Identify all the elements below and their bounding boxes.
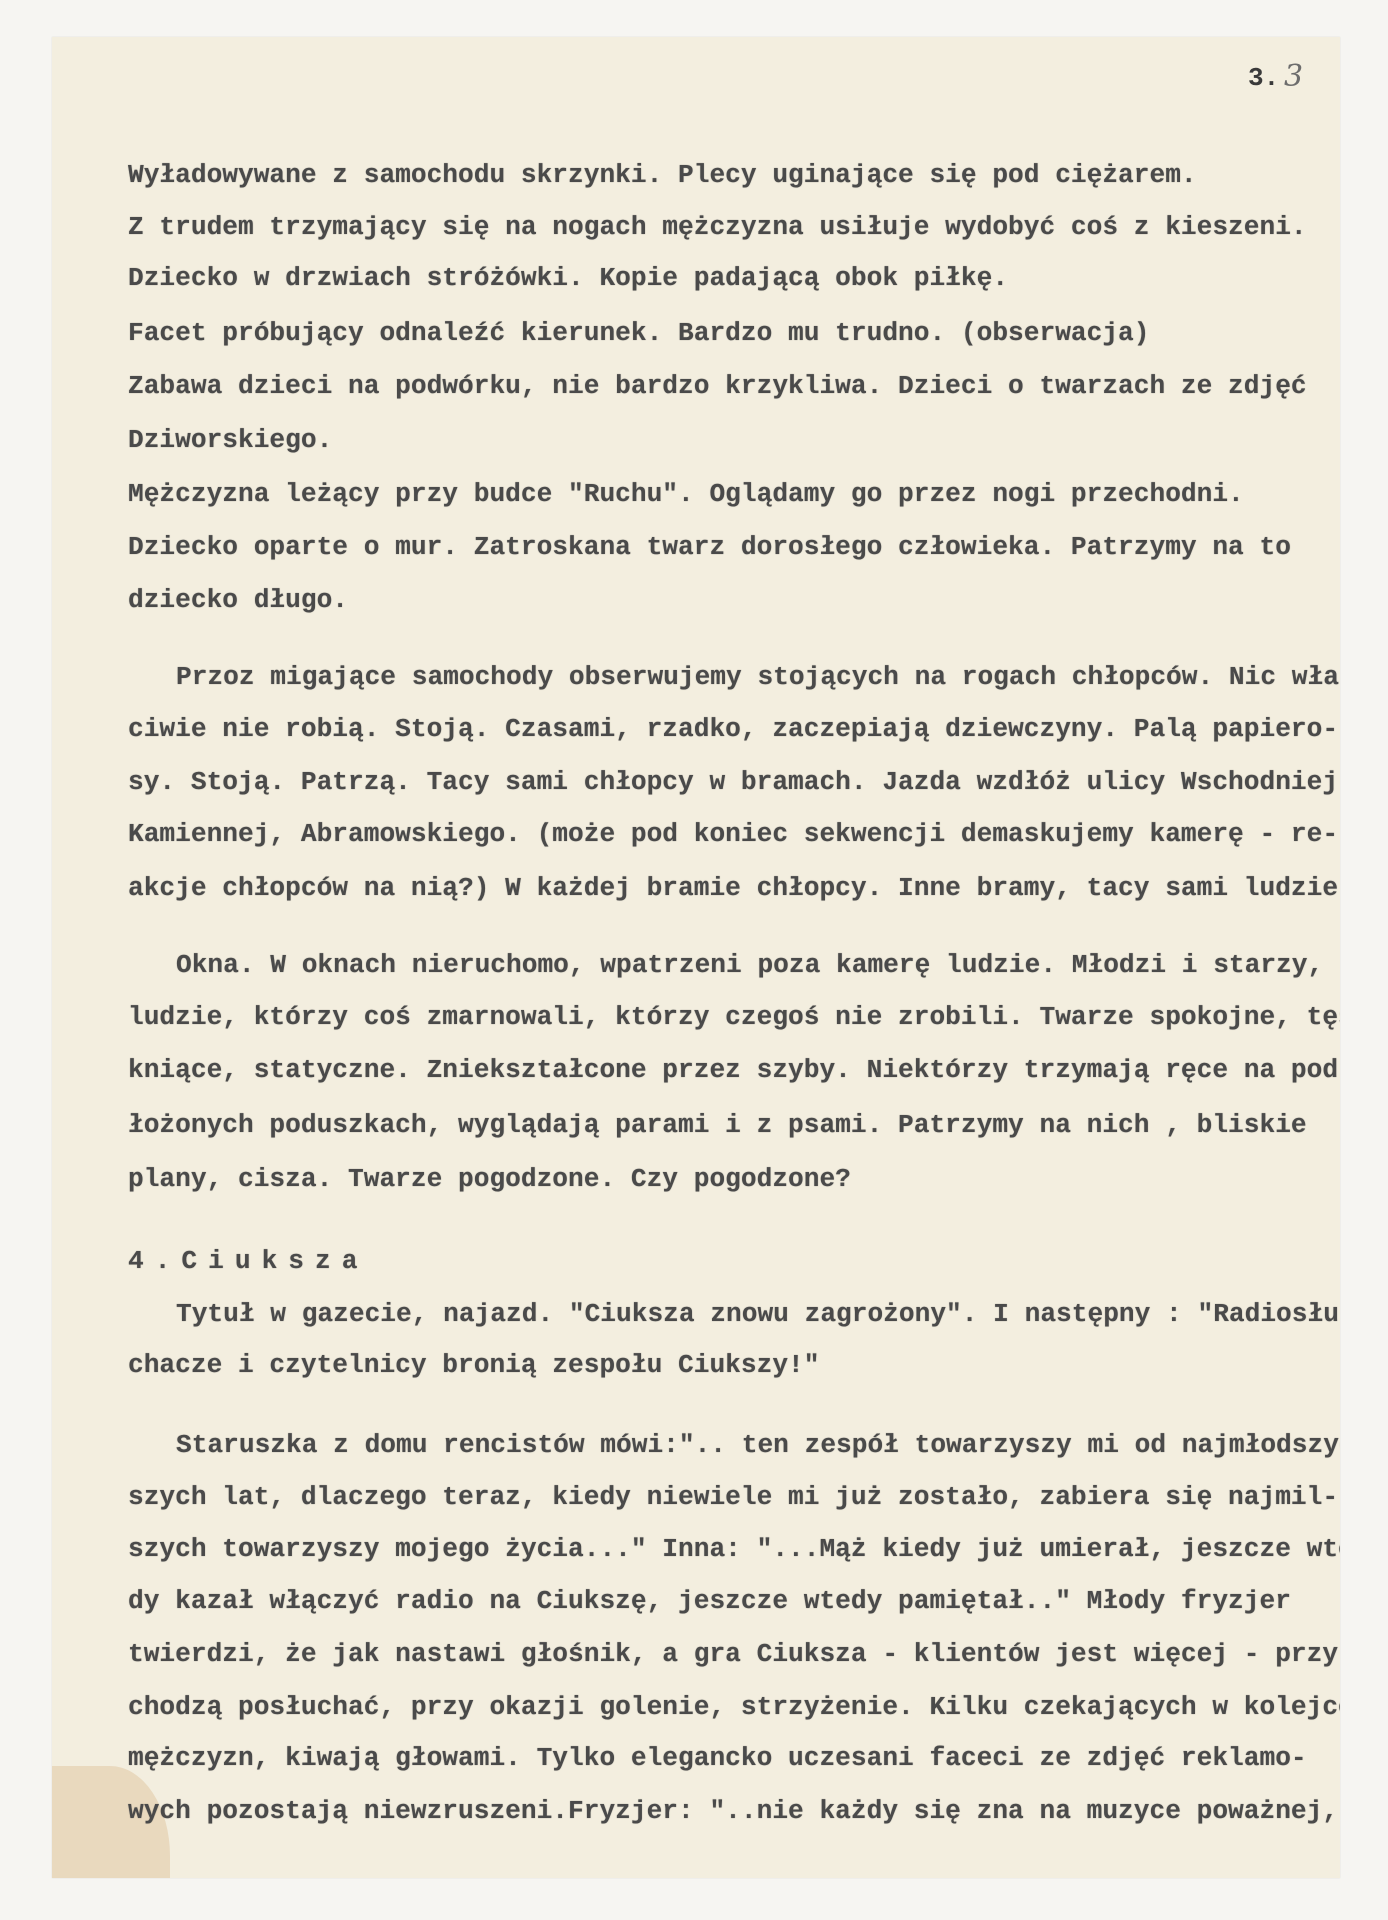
text-line: Dziecko oparte o mur. Zatroskana twarz d…: [128, 532, 1291, 562]
text-line: Dziworskiego.: [128, 425, 332, 455]
page-number: 3.: [1248, 63, 1279, 93]
text-line: ciwie nie robią. Stoją. Czasami, rzadko,…: [128, 714, 1338, 744]
text-line: Kamiennej, Abramowskiego. (może pod koni…: [128, 819, 1338, 849]
text-line: kniące, statyczne. Zniekształcone przez …: [128, 1055, 1340, 1085]
handwritten-page-number: 3: [1284, 59, 1303, 94]
text-line: dy kazał włączyć radio na Ciukszę, jeszc…: [128, 1586, 1291, 1616]
text-line: Przoz migające samochody obserwujemy sto…: [176, 662, 1340, 692]
text-line: łożonych poduszkach, wyglądają parami i …: [128, 1110, 1307, 1140]
text-line: mężczyzn, kiwają głowami. Tylko eleganck…: [128, 1743, 1307, 1773]
text-line: Wyładowywane z samochodu skrzynki. Plecy…: [128, 160, 1197, 190]
text-line: Z trudem trzymający się na nogach mężczy…: [128, 212, 1307, 242]
text-line: Zabawa dzieci na podwórku, nie bardzo kr…: [128, 371, 1307, 401]
text-line: ludzie, którzy coś zmarnowali, którzy cz…: [128, 1002, 1340, 1032]
text-line: twierdzi, że jak nastawi głośnik, a gra …: [128, 1639, 1340, 1669]
text-line: Okna. W oknach nieruchomo, wpatrzeni poz…: [176, 950, 1323, 980]
typewritten-page: 3. 3 Wyładowywane z samochodu skrzynki. …: [52, 37, 1340, 1878]
text-line: chacze i czytelnicy bronią zespołu Ciuks…: [128, 1350, 819, 1380]
text-line: szych lat, dlaczego teraz, kiedy niewiel…: [128, 1482, 1338, 1512]
section-4-heading: 4.Ciuksza: [128, 1246, 368, 1276]
text-line: Dziecko w drzwiach stróżówki. Kopie pada…: [128, 263, 1008, 293]
text-line: akcje chłopców na nią?) W każdej bramie …: [128, 873, 1340, 903]
text-line: sy. Stoją. Patrzą. Tacy sami chłopcy w b…: [128, 767, 1340, 797]
text-line: Mężczyzna leżący przy budce "Ruchu". Ogl…: [128, 479, 1244, 509]
text-line: chodzą posłuchać, przy okazji golenie, s…: [128, 1692, 1340, 1722]
text-line: Tytuł w gazecie, najazd. "Ciuksza znowu …: [176, 1299, 1340, 1329]
text-line: Staruszka z domu rencistów mówi:".. ten …: [176, 1430, 1340, 1460]
text-line: wych pozostają niewzruszeni.Fryzjer: "..…: [128, 1796, 1338, 1826]
text-line: szych towarzyszy mojego życia..." Inna: …: [128, 1534, 1340, 1564]
text-line: plany, cisza. Twarze pogodzone. Czy pogo…: [128, 1164, 851, 1194]
text-line: dziecko długo.: [128, 585, 348, 615]
text-line: Facet próbujący odnaleźć kierunek. Bardz…: [128, 318, 1149, 348]
